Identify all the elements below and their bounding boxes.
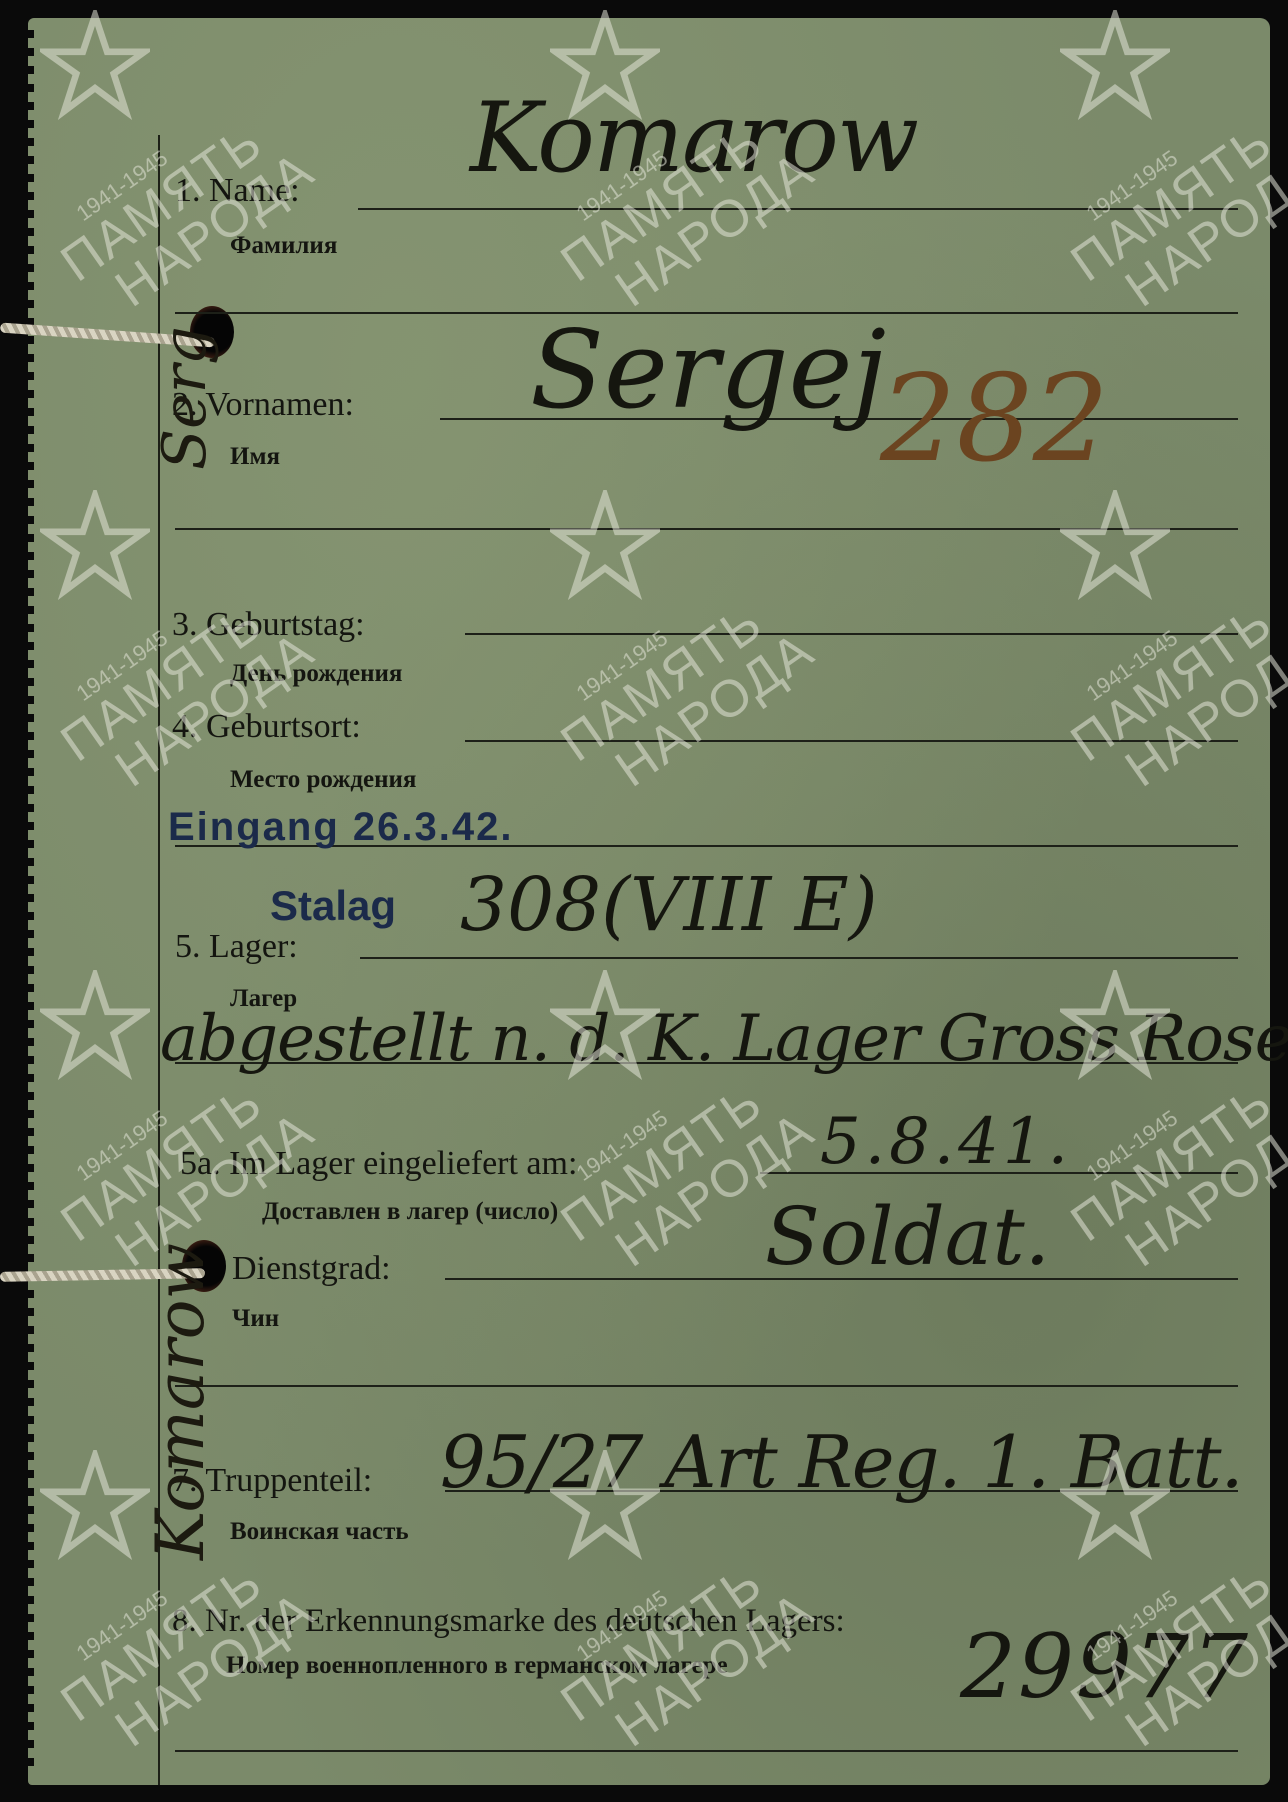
margin-note-middle: Komarow	[142, 1243, 219, 1560]
field-truppenteil-value: 95/27 Art Reg. 1. Batt.	[440, 1420, 1242, 1504]
field-number: 5.	[175, 928, 201, 965]
field-number: 8.	[172, 1603, 197, 1639]
rule-lager	[360, 957, 1238, 959]
label-de: Nr. der Erkennungsmarke des deutschen La…	[205, 1603, 845, 1639]
field-eingeliefert-label: 5a. Im Lager eingeliefert am:	[180, 1145, 577, 1183]
field-lager-label: 5. Lager:	[175, 928, 298, 966]
field-number: 1.	[175, 172, 201, 209]
field-number: 3.	[172, 606, 198, 643]
rule-geburtstag	[465, 633, 1238, 635]
field-name-value: Komarow	[470, 82, 917, 194]
label-de: Vornamen:	[205, 386, 354, 423]
rule-name	[358, 208, 1238, 210]
field-name-label: 1. Name:	[175, 172, 300, 210]
field-lager-value: 308(VIII E)	[460, 862, 878, 948]
field-geburtstag-label: 3. Geburtstag:	[172, 606, 365, 644]
label-de: Im Lager eingeliefert am:	[229, 1145, 577, 1182]
field-geburtsort-label: 4. Geburtsort:	[172, 708, 361, 746]
field-erkennungsmarke-label: 8. Nr. der Erkennungsmarke des deutschen…	[172, 1603, 845, 1640]
label-de: Geburtsort:	[206, 708, 361, 745]
field-dienstgrad-value: Soldat.	[765, 1190, 1050, 1283]
rule-dienstgrad-2	[175, 1385, 1238, 1387]
label-de: Truppenteil:	[205, 1462, 372, 1499]
rule-geburtsort	[465, 740, 1238, 742]
rule-bottom	[175, 1750, 1238, 1752]
field-number: 5a.	[180, 1145, 221, 1182]
field-number: 4.	[172, 708, 198, 745]
label-de: Geburtstag:	[206, 606, 365, 643]
label-de: Lager:	[209, 928, 298, 965]
card-perforated-edge	[22, 30, 34, 1770]
field-vornamen-annotation: 282	[880, 350, 1109, 489]
margin-note-top: Serg	[150, 326, 220, 470]
field-vornamen-label-ru: Имя	[230, 443, 280, 471]
field-erkennungsmarke-value: 29977	[960, 1615, 1250, 1718]
eingang-stamp: Eingang 26.3.42.	[168, 805, 513, 850]
field-erkennungsmarke-label-ru: Номер военнопленного в германском лагере	[226, 1652, 728, 1680]
field-truppenteil-label-ru: Воинская часть	[230, 1518, 409, 1546]
field-vornamen-value: Sergej	[530, 308, 886, 433]
field-geburtsort-label-ru: Место рождения	[230, 766, 416, 794]
field-dienstgrad-label-ru: Чин	[232, 1305, 279, 1333]
field-lager-note: abgestellt n. d. K. Lager Gross Rosen	[160, 1002, 1288, 1076]
field-eingeliefert-label-ru: Доставлен в лагер (число)	[262, 1198, 558, 1226]
field-name-label-ru: Фамилия	[230, 232, 337, 260]
field-geburtstag-label-ru: День рождения	[230, 660, 402, 688]
rule-vornamen-2	[175, 528, 1238, 530]
label-de: Name:	[209, 172, 300, 209]
field-dienstgrad-label: Dienstgrad:	[232, 1250, 391, 1288]
stalag-stamp: Stalag	[270, 882, 396, 930]
field-eingeliefert-value: 5.8.41.	[820, 1105, 1072, 1179]
